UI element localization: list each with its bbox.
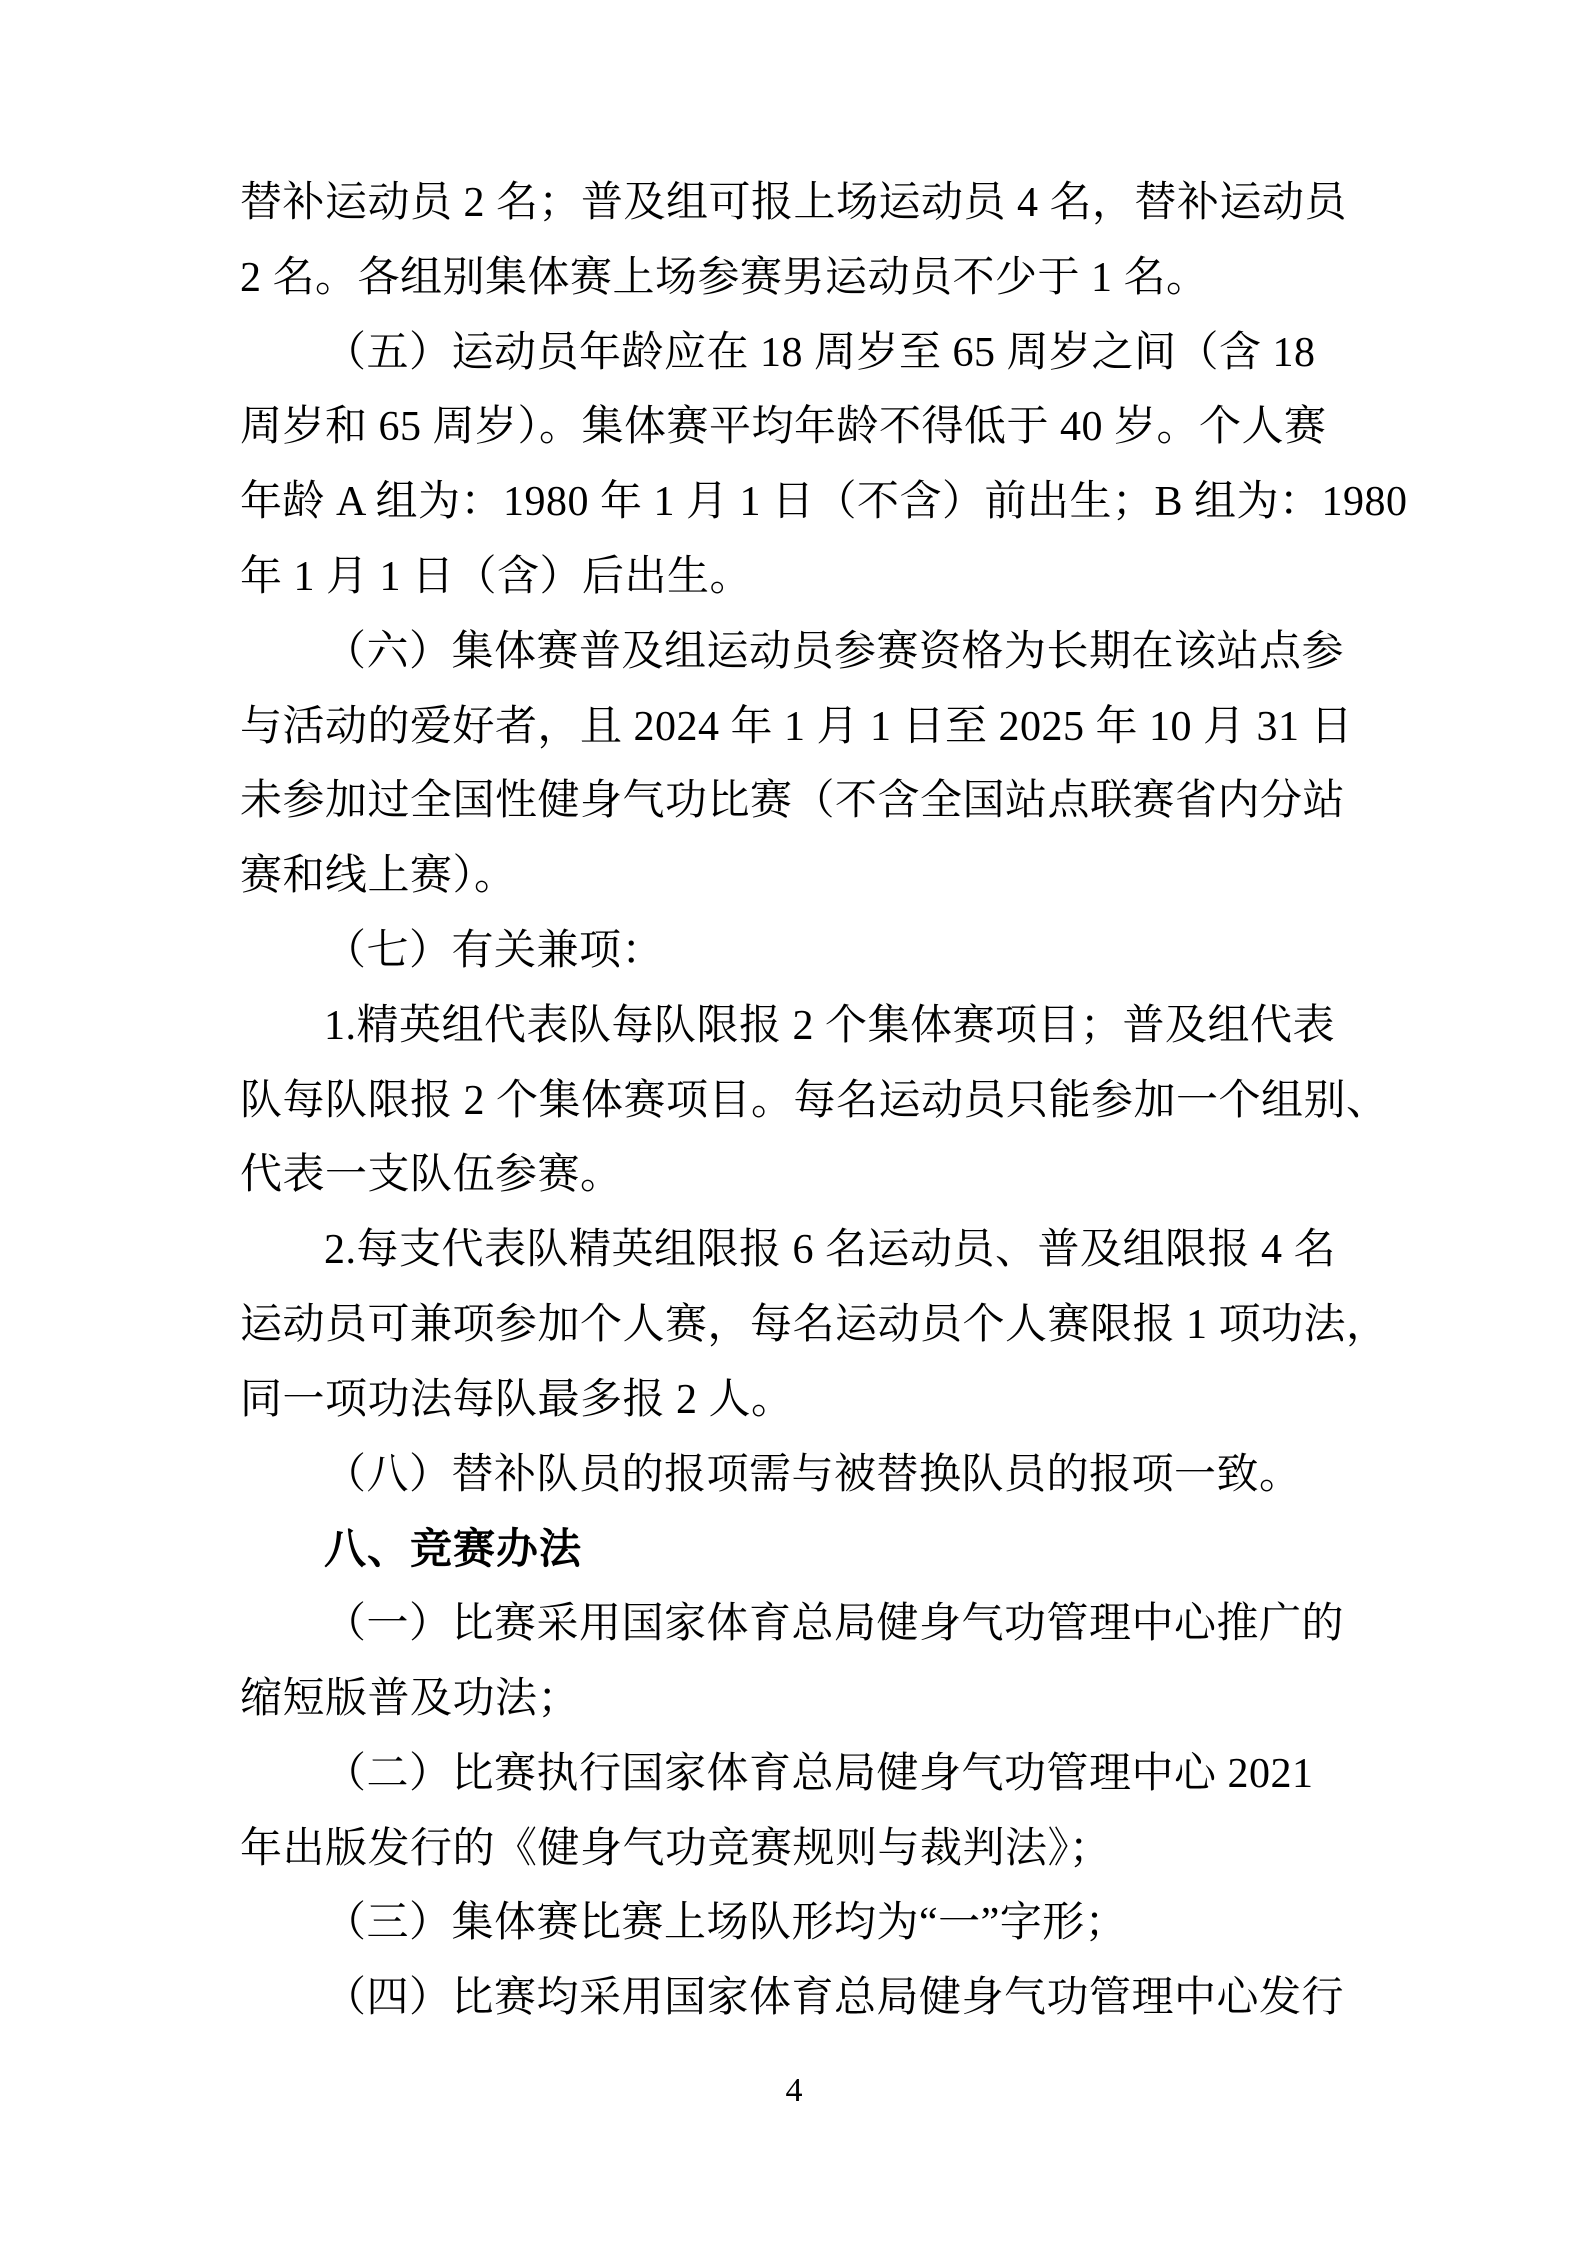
- document-page: 替补运动员 2 名；普及组可报上场运动员 4 名，替补运动员2 名。各组别集体赛…: [0, 0, 1588, 2245]
- paragraph: （七）有关兼项：: [240, 914, 1350, 989]
- text-line: （五）运动员年龄应在 18 周岁至 65 周岁之间（含 18: [240, 316, 1350, 391]
- section-heading: 八、竞赛办法: [240, 1512, 1350, 1587]
- text-line: 八、竞赛办法: [240, 1512, 1350, 1587]
- text-line: （二）比赛执行国家体育总局健身气功管理中心 2021: [240, 1737, 1350, 1812]
- paragraph: （五）运动员年龄应在 18 周岁至 65 周岁之间（含 18周岁和 65 周岁）…: [240, 316, 1350, 615]
- paragraph: （八）替补队员的报项需与被替换队员的报项一致。: [240, 1438, 1350, 1513]
- paragraph: （三）集体赛比赛上场队形均为“一”字形；: [240, 1886, 1350, 1961]
- text-line: 年 1 月 1 日（含）后出生。: [240, 540, 1350, 615]
- text-line: （七）有关兼项：: [240, 914, 1350, 989]
- text-line: 队每队限报 2 个集体赛项目。每名运动员只能参加一个组别、: [240, 1064, 1350, 1139]
- paragraph: （六）集体赛普及组运动员参赛资格为长期在该站点参与活动的爱好者，且 2024 年…: [240, 615, 1350, 914]
- text-line: 替补运动员 2 名；普及组可报上场运动员 4 名，替补运动员: [240, 166, 1350, 241]
- page-number: 4: [786, 2072, 803, 2109]
- page-footer: 4: [0, 2072, 1588, 2109]
- paragraph: 2.每支代表队精英组限报 6 名运动员、普及组限报 4 名运动员可兼项参加个人赛…: [240, 1213, 1350, 1437]
- paragraph: （四）比赛均采用国家体育总局健身气功管理中心发行: [240, 1961, 1350, 2036]
- text-line: （三）集体赛比赛上场队形均为“一”字形；: [240, 1886, 1350, 1961]
- paragraph: （二）比赛执行国家体育总局健身气功管理中心 2021年出版发行的《健身气功竞赛规…: [240, 1737, 1350, 1887]
- paragraph: 1.精英组代表队每队限报 2 个集体赛项目；普及组代表队每队限报 2 个集体赛项…: [240, 989, 1350, 1213]
- paragraph: （一）比赛采用国家体育总局健身气功管理中心推广的缩短版普及功法；: [240, 1587, 1350, 1737]
- text-line: 年龄 A 组为：1980 年 1 月 1 日（不含）前出生；B 组为：1980: [240, 465, 1350, 540]
- text-line: （八）替补队员的报项需与被替换队员的报项一致。: [240, 1438, 1350, 1513]
- text-line: 周岁和 65 周岁）。集体赛平均年龄不得低于 40 岁。个人赛: [240, 390, 1350, 465]
- text-line: 2 名。各组别集体赛上场参赛男运动员不少于 1 名。: [240, 241, 1350, 316]
- text-line: 缩短版普及功法；: [240, 1662, 1350, 1737]
- text-line: 年出版发行的《健身气功竞赛规则与裁判法》；: [240, 1812, 1350, 1887]
- text-line: （四）比赛均采用国家体育总局健身气功管理中心发行: [240, 1961, 1350, 2036]
- text-line: （六）集体赛普及组运动员参赛资格为长期在该站点参: [240, 615, 1350, 690]
- text-line: （一）比赛采用国家体育总局健身气功管理中心推广的: [240, 1587, 1350, 1662]
- text-line: 同一项功法每队最多报 2 人。: [240, 1363, 1350, 1438]
- text-line: 与活动的爱好者，且 2024 年 1 月 1 日至 2025 年 10 月 31…: [240, 690, 1350, 765]
- text-line: 1.精英组代表队每队限报 2 个集体赛项目；普及组代表: [240, 989, 1350, 1064]
- document-body: 替补运动员 2 名；普及组可报上场运动员 4 名，替补运动员2 名。各组别集体赛…: [240, 166, 1350, 2036]
- text-line: 代表一支队伍参赛。: [240, 1138, 1350, 1213]
- text-line: 赛和线上赛）。: [240, 839, 1350, 914]
- paragraph: 替补运动员 2 名；普及组可报上场运动员 4 名，替补运动员2 名。各组别集体赛…: [240, 166, 1350, 316]
- text-line: 未参加过全国性健身气功比赛（不含全国站点联赛省内分站: [240, 764, 1350, 839]
- text-line: 2.每支代表队精英组限报 6 名运动员、普及组限报 4 名: [240, 1213, 1350, 1288]
- text-line: 运动员可兼项参加个人赛，每名运动员个人赛限报 1 项功法，: [240, 1288, 1350, 1363]
